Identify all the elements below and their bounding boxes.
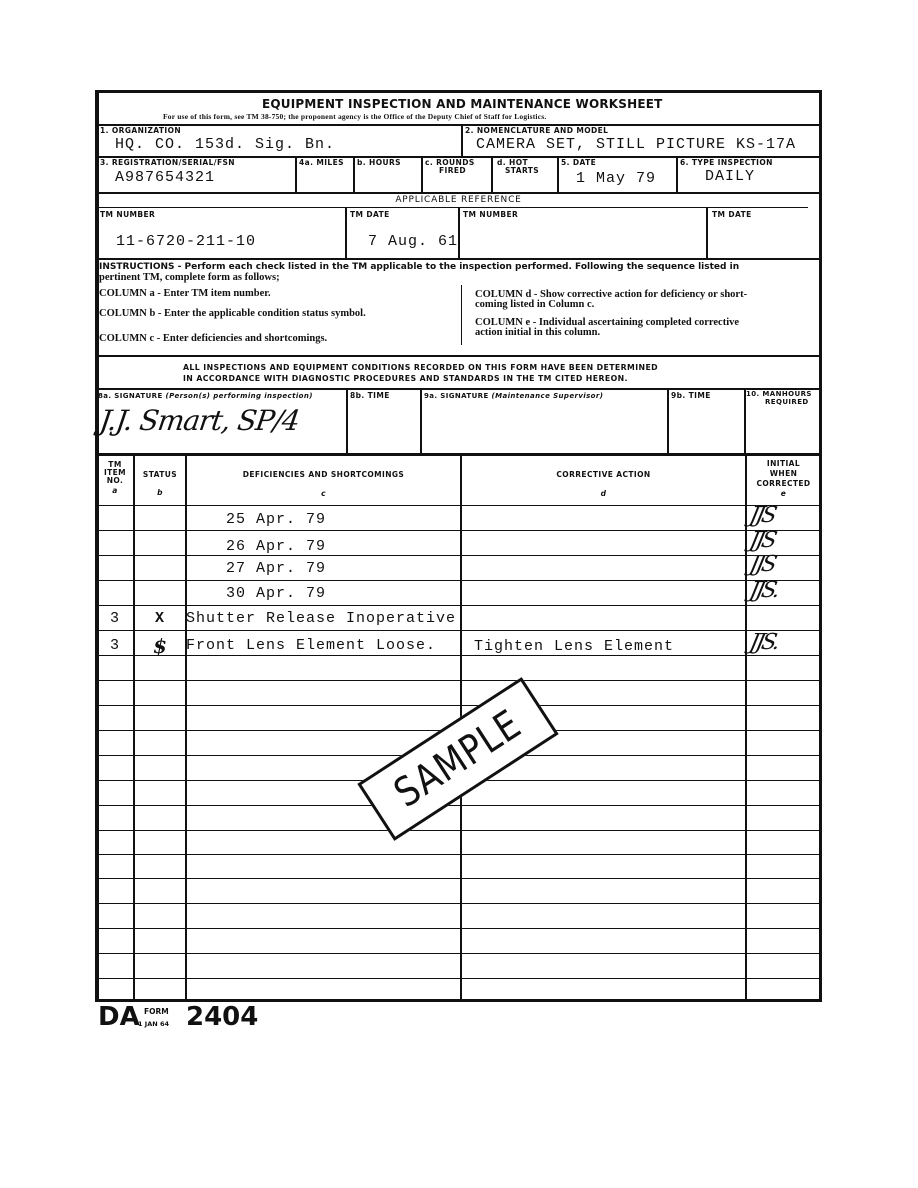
- row-line: [97, 805, 820, 806]
- header-c-letter: c: [187, 490, 460, 498]
- organization-field[interactable]: HQ. CO. 153d. Sig. Bn.: [115, 137, 335, 153]
- instructions-col-e-2: action initial in this column.: [475, 327, 600, 339]
- certification-line1: ALL INSPECTIONS AND EQUIPMENT CONDITIONS…: [183, 364, 658, 372]
- header-e-line2: WHEN: [747, 470, 820, 478]
- row-line: [97, 555, 820, 556]
- type-inspection-field[interactable]: DAILY: [705, 169, 755, 185]
- supervisor-time-field[interactable]: [669, 402, 742, 451]
- manhours-label-line1: 10. MANHOURS: [746, 390, 812, 398]
- header-a-line3: NO.: [97, 477, 133, 485]
- row-line: [97, 830, 820, 831]
- row-line: [97, 680, 820, 681]
- tm-date-2-field[interactable]: [708, 220, 818, 256]
- form-number: 2404: [186, 1003, 258, 1031]
- divider: [97, 207, 808, 208]
- row-line: [97, 530, 820, 531]
- nomenclature-field[interactable]: CAMERA SET, STILL PICTURE KS-17A: [476, 137, 796, 153]
- supervisor-time-label: 9b. TIME: [671, 392, 711, 400]
- certification-line2: IN ACCORDANCE WITH DIAGNOSTIC PROCEDURES…: [183, 375, 628, 383]
- row-6-initial[interactable]: JJS.: [747, 630, 779, 655]
- instructions-col-b: COLUMN b - Enter the applicable conditio…: [99, 308, 366, 320]
- row-1-deficiency[interactable]: 25 Apr. 79: [226, 512, 326, 528]
- registration-field[interactable]: A987654321: [115, 170, 215, 186]
- tm-date-label: TM DATE: [350, 211, 390, 219]
- divider: [345, 207, 347, 258]
- manhours-field[interactable]: [746, 408, 820, 451]
- inspector-signature[interactable]: J.J. Smart, SP/4: [98, 404, 302, 437]
- row-line: [97, 928, 820, 929]
- row-5-status[interactable]: X: [135, 611, 185, 627]
- column-divider: [133, 455, 135, 1002]
- form-edition: 1 JAN 64: [138, 1020, 169, 1028]
- supervisor-signature-label-italic: (Maintenance Supervisor): [492, 392, 604, 400]
- date-label: 5. DATE: [561, 159, 596, 167]
- header-c: DEFICIENCIES AND SHORTCOMINGS: [187, 471, 460, 479]
- type-inspection-label: 6. TYPE INSPECTION: [680, 159, 773, 167]
- header-d: CORRECTIVE ACTION: [462, 471, 745, 479]
- header-e-letter: e: [747, 490, 820, 498]
- row-line: [97, 630, 820, 631]
- date-field[interactable]: 1 May 79: [576, 171, 656, 187]
- form-title: EQUIPMENT INSPECTION AND MAINTENANCE WOR…: [262, 97, 663, 111]
- header-e-line3: CORRECTED: [747, 480, 820, 488]
- row-line: [97, 580, 820, 581]
- row-4-initial[interactable]: JJS.: [747, 578, 779, 603]
- inspector-signature-label-text: 8a. SIGNATURE: [98, 392, 163, 400]
- column-divider: [745, 455, 747, 1002]
- header-b: STATUS: [135, 471, 185, 479]
- row-5-deficiency[interactable]: Shutter Release Inoperative: [186, 611, 456, 627]
- header-e-line1: INITIAL: [747, 460, 820, 468]
- tm-number-2-label: TM NUMBER: [463, 211, 518, 219]
- applicable-reference-heading: APPLICABLE REFERENCE: [97, 196, 820, 204]
- hours-label: b. HOURS: [357, 159, 401, 167]
- divider: [97, 355, 820, 357]
- row-1-initial[interactable]: JJS: [747, 503, 776, 528]
- inspector-time-label: 8b. TIME: [350, 392, 390, 400]
- instructions-col-a: COLUMN a - Enter TM item number.: [99, 288, 271, 300]
- row-line: [97, 953, 820, 954]
- column-divider: [185, 455, 187, 1002]
- divider: [97, 258, 820, 260]
- miles-field[interactable]: [297, 168, 351, 190]
- rounds-label-line2: FIRED: [439, 167, 466, 175]
- row-5-item[interactable]: 3: [97, 611, 133, 627]
- divider: [676, 156, 678, 192]
- row-6-status[interactable]: $: [135, 634, 185, 658]
- row-6-item[interactable]: 3: [97, 638, 133, 654]
- row-2-initial[interactable]: JJS: [747, 528, 776, 553]
- divider: [97, 192, 820, 194]
- instructions-line2: pertinent TM, complete form as follows;: [99, 272, 280, 284]
- rounds-field[interactable]: [423, 176, 489, 190]
- inspector-time-field[interactable]: [348, 402, 418, 451]
- header-a-letter: a: [97, 487, 133, 495]
- row-6-deficiency[interactable]: Front Lens Element Loose.: [186, 638, 436, 654]
- organization-label: 1. ORGANIZATION: [100, 127, 181, 135]
- row-4-deficiency[interactable]: 30 Apr. 79: [226, 586, 326, 602]
- tm-number-label: TM NUMBER: [100, 211, 155, 219]
- supervisor-signature-label-text: 9a. SIGNATURE: [424, 392, 489, 400]
- hot-starts-field[interactable]: [493, 176, 555, 190]
- divider: [97, 124, 820, 126]
- instructions-text: INSTRUCTIONS - Perform each check listed…: [99, 262, 739, 272]
- hot-starts-label-line2: STARTS: [505, 167, 539, 175]
- supervisor-signature-label: 9a. SIGNATURE (Maintenance Supervisor): [424, 392, 603, 400]
- registration-label: 3. REGISTRATION/SERIAL/FSN: [100, 159, 235, 167]
- hours-field[interactable]: [355, 168, 419, 190]
- instructions-col-c: COLUMN c - Enter deficiencies and shortc…: [99, 333, 327, 345]
- row-line: [97, 878, 820, 879]
- inspector-signature-label: 8a. SIGNATURE (Person(s) performing insp…: [98, 392, 313, 400]
- instructions-col-d-2: coming listed in Column c.: [475, 299, 594, 311]
- form-subtitle: For use of this form, see TM 38-750; the…: [163, 111, 546, 123]
- divider: [461, 124, 463, 156]
- row-line: [97, 505, 820, 506]
- tm-date-2-label: TM DATE: [712, 211, 752, 219]
- tm-date-field[interactable]: 7 Aug. 61: [368, 234, 458, 250]
- miles-label: 4a. MILES: [299, 159, 344, 167]
- row-line: [97, 705, 820, 706]
- row-line: [97, 903, 820, 904]
- nomenclature-label: 2. NOMENCLATURE AND MODEL: [465, 127, 608, 135]
- row-3-deficiency[interactable]: 27 Apr. 79: [226, 561, 326, 577]
- divider: [97, 388, 820, 390]
- form-word: FORM: [144, 1008, 169, 1016]
- manhours-label-line2: REQUIRED: [765, 398, 809, 406]
- row-line: [97, 605, 820, 606]
- header-d-letter: d: [462, 490, 745, 498]
- divider: [557, 156, 559, 192]
- row-2-deficiency[interactable]: 26 Apr. 79: [226, 539, 326, 555]
- tm-number-2-field[interactable]: [460, 220, 704, 256]
- divider: [461, 285, 462, 345]
- tm-number-field[interactable]: 11-6720-211-10: [116, 234, 256, 250]
- header-b-letter: b: [135, 489, 185, 497]
- form-prefix: DA: [98, 1003, 140, 1031]
- row-line: [97, 854, 820, 855]
- divider: [97, 453, 820, 456]
- row-3-initial[interactable]: JJS: [747, 552, 776, 577]
- supervisor-signature-field[interactable]: [422, 402, 665, 451]
- row-line: [97, 655, 820, 656]
- row-line: [97, 978, 820, 979]
- inspector-signature-label-italic: (Person(s) performing inspection): [166, 392, 313, 400]
- row-6-action[interactable]: Tighten Lens Element: [474, 639, 674, 655]
